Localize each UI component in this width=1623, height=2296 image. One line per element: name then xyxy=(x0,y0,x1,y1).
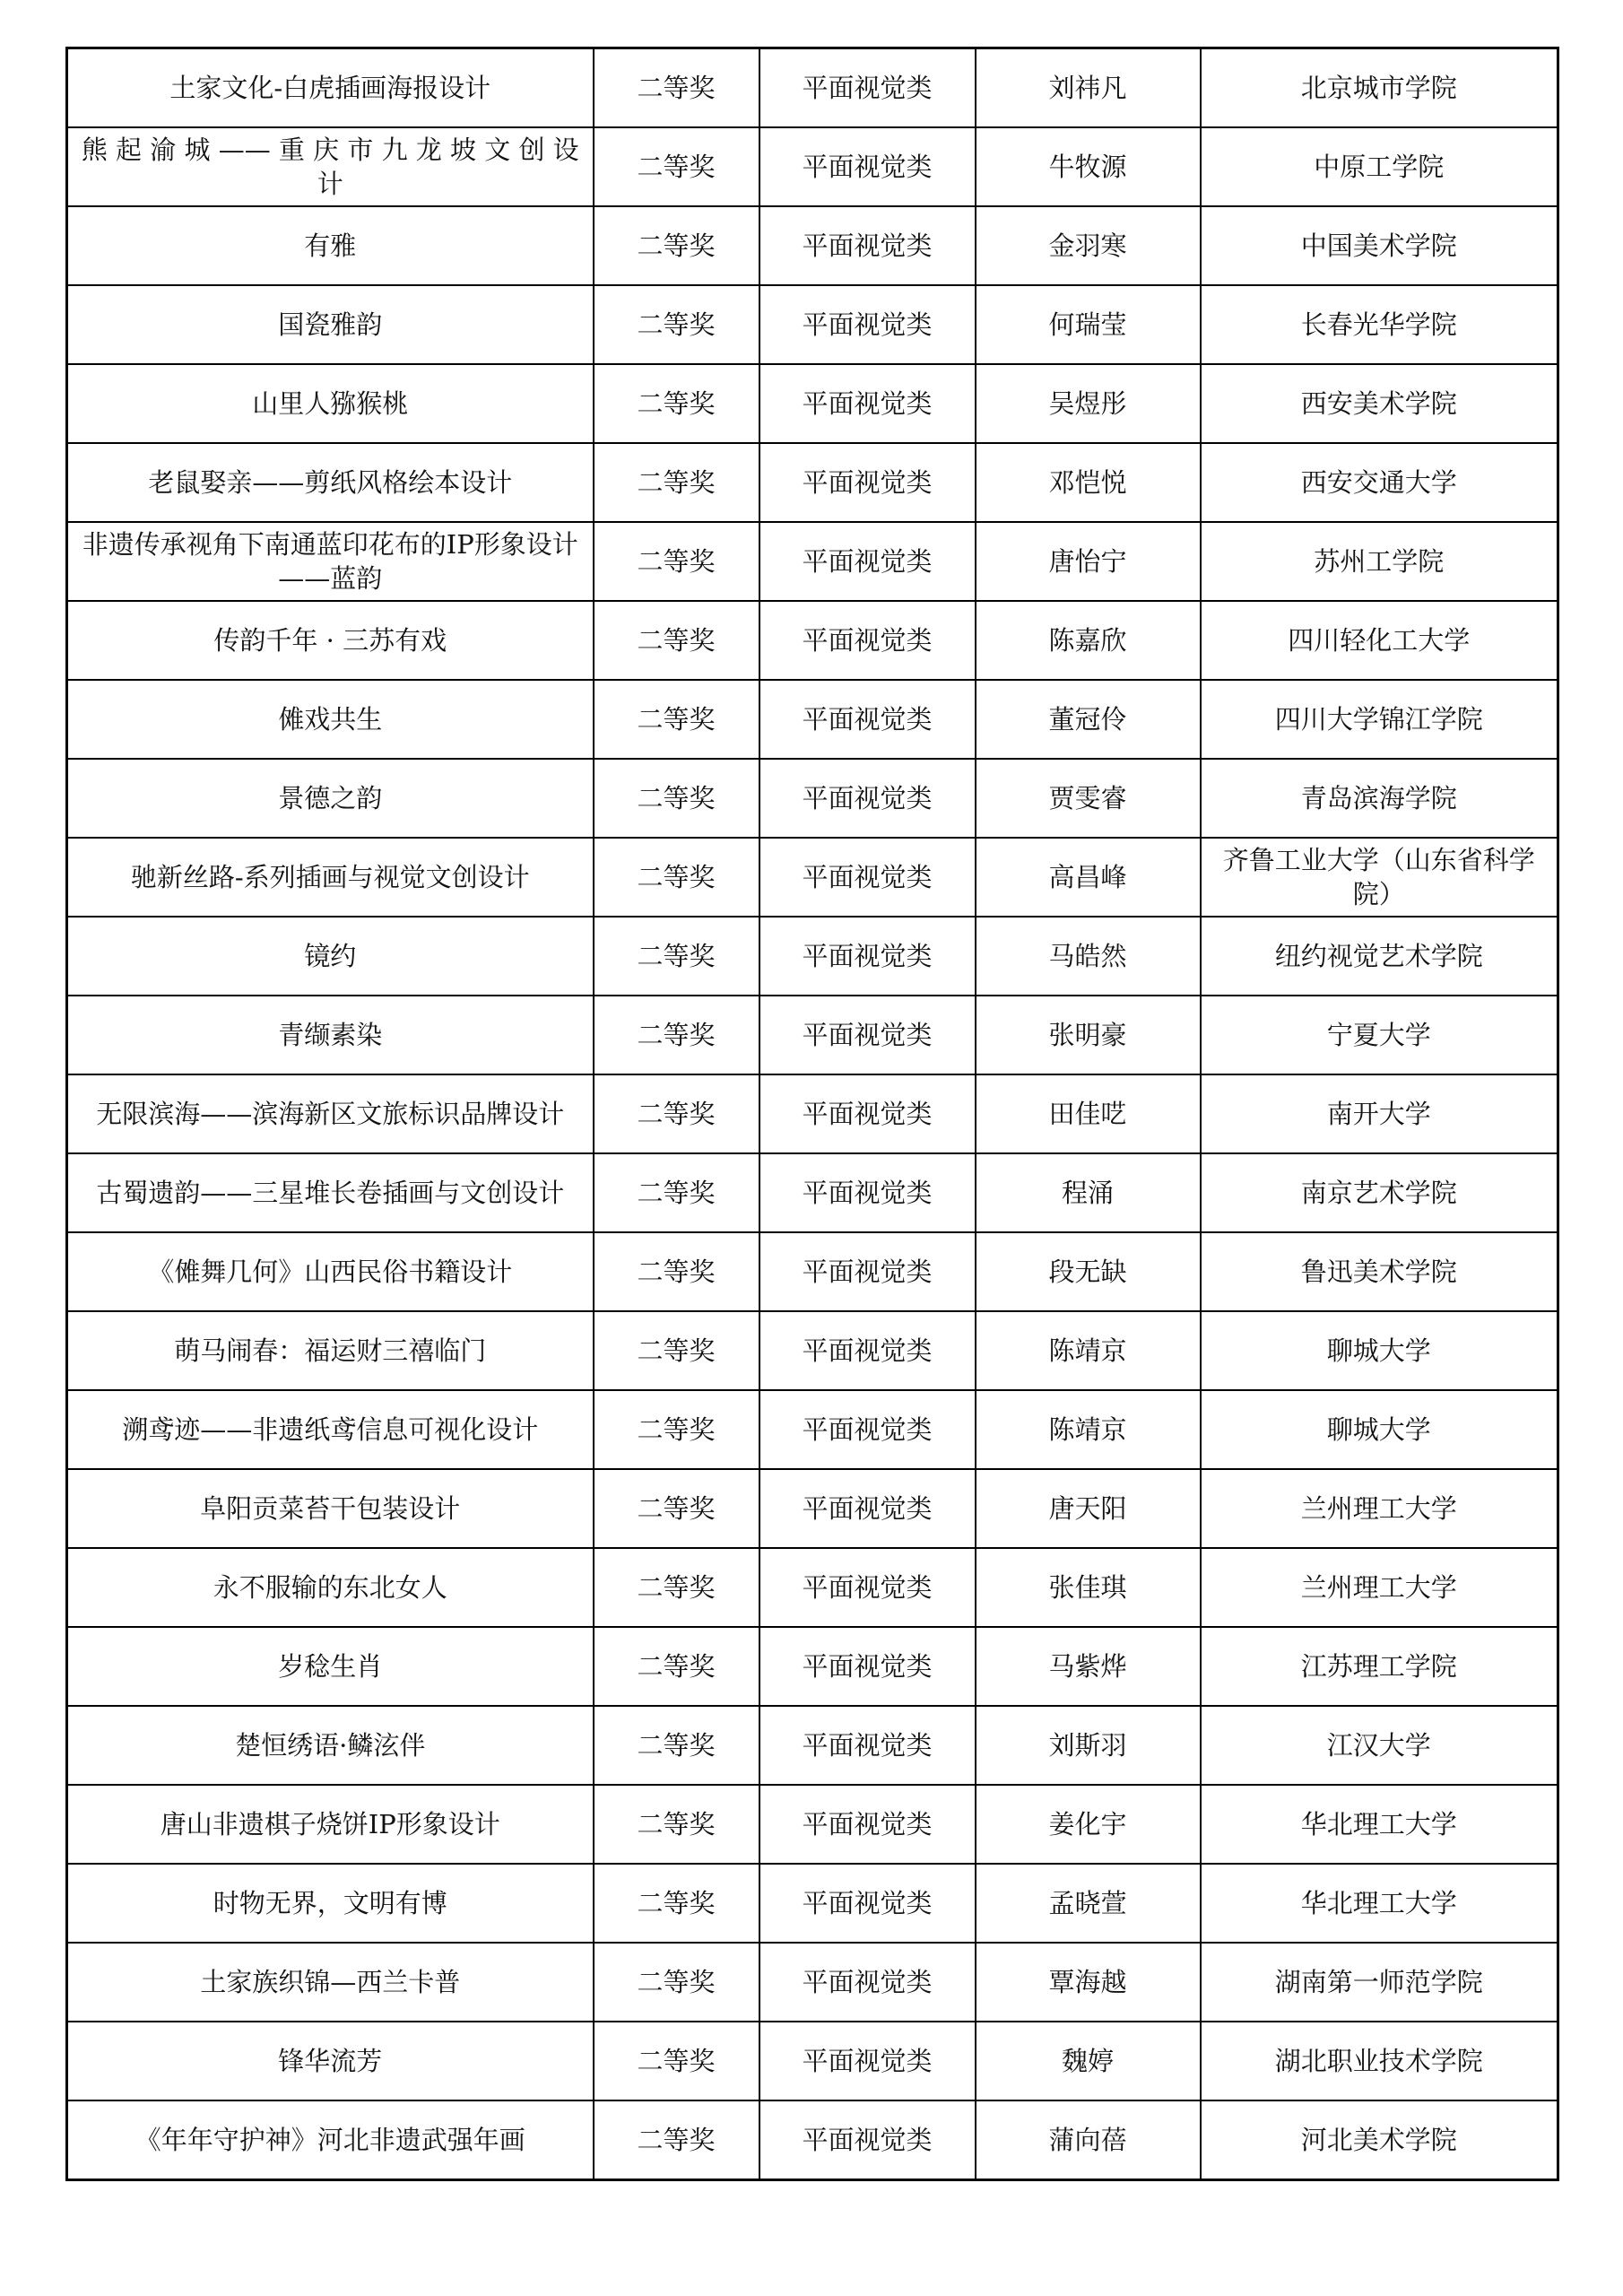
school-cell: 纽约视觉艺术学院 xyxy=(1201,917,1558,996)
school-cell: 西安交通大学 xyxy=(1201,443,1558,522)
work-title-cell: 镜约 xyxy=(67,917,594,996)
work-title-cell: 有雅 xyxy=(67,206,594,285)
category-cell: 平面视觉类 xyxy=(759,1074,976,1153)
table-row: 景德之韵 二等奖 平面视觉类 贾雯睿 青岛滨海学院 xyxy=(67,759,1558,838)
category-cell: 平面视觉类 xyxy=(759,364,976,443)
author-cell: 金羽寒 xyxy=(976,206,1201,285)
award-cell: 二等奖 xyxy=(594,127,759,206)
table-row: 镜约 二等奖 平面视觉类 马皓然 纽约视觉艺术学院 xyxy=(67,917,1558,996)
author-cell: 孟晓萱 xyxy=(976,1864,1201,1943)
author-cell: 张明豪 xyxy=(976,996,1201,1074)
category-cell: 平面视觉类 xyxy=(759,1311,976,1390)
work-title-cell: 溯鸢迹——非遗纸鸢信息可视化设计 xyxy=(67,1390,594,1469)
award-cell: 二等奖 xyxy=(594,601,759,680)
category-cell: 平面视觉类 xyxy=(759,1943,976,2022)
category-cell: 平面视觉类 xyxy=(759,1232,976,1311)
table-row: 阜阳贡菜苔干包装设计 二等奖 平面视觉类 唐天阳 兰州理工大学 xyxy=(67,1469,1558,1548)
category-cell: 平面视觉类 xyxy=(759,680,976,759)
work-title-cell: 熊 起 渝 城 —— 重 庆 市 九 龙 坡 文 创 设 计 xyxy=(67,127,594,206)
award-cell: 二等奖 xyxy=(594,1785,759,1864)
award-cell: 二等奖 xyxy=(594,1153,759,1232)
school-cell: 兰州理工大学 xyxy=(1201,1548,1558,1627)
work-title-cell: 《年年守护神》河北非遗武强年画 xyxy=(67,2100,594,2180)
work-title-cell: 土家族织锦—西兰卡普 xyxy=(67,1943,594,2022)
table-row: 傩戏共生 二等奖 平面视觉类 董冠伶 四川大学锦江学院 xyxy=(67,680,1558,759)
school-cell: 江汉大学 xyxy=(1201,1706,1558,1785)
table-row: 国瓷雅韵 二等奖 平面视觉类 何瑞莹 长春光华学院 xyxy=(67,285,1558,364)
work-title-cell: 土家文化-白虎插画海报设计 xyxy=(67,48,594,128)
table-row: 熊 起 渝 城 —— 重 庆 市 九 龙 坡 文 创 设 计 二等奖 平面视觉类… xyxy=(67,127,1558,206)
table-row: 传韵千年 · 三苏有戏 二等奖 平面视觉类 陈嘉欣 四川轻化工大学 xyxy=(67,601,1558,680)
work-title-cell: 楚恒绣语·鳞泫伴 xyxy=(67,1706,594,1785)
table-row: 楚恒绣语·鳞泫伴 二等奖 平面视觉类 刘斯羽 江汉大学 xyxy=(67,1706,1558,1785)
award-cell: 二等奖 xyxy=(594,1469,759,1548)
award-cell: 二等奖 xyxy=(594,1548,759,1627)
award-cell: 二等奖 xyxy=(594,364,759,443)
author-cell: 马紫烨 xyxy=(976,1627,1201,1706)
table-row: 锋华流芳 二等奖 平面视觉类 魏婷 湖北职业技术学院 xyxy=(67,2022,1558,2100)
work-title-cell: 岁稔生肖 xyxy=(67,1627,594,1706)
award-cell: 二等奖 xyxy=(594,1074,759,1153)
category-cell: 平面视觉类 xyxy=(759,1469,976,1548)
table-row: 永不服输的东北女人 二等奖 平面视觉类 张佳琪 兰州理工大学 xyxy=(67,1548,1558,1627)
award-cell: 二等奖 xyxy=(594,522,759,601)
school-cell: 四川大学锦江学院 xyxy=(1201,680,1558,759)
award-cell: 二等奖 xyxy=(594,1706,759,1785)
work-title-cell: 无限滨海——滨海新区文旅标识品牌设计 xyxy=(67,1074,594,1153)
work-title-cell: 萌马闹春：福运财三禧临门 xyxy=(67,1311,594,1390)
author-cell: 唐天阳 xyxy=(976,1469,1201,1548)
work-title-cell: 非遗传承视角下南通蓝印花布的IP形象设计——蓝韵 xyxy=(67,522,594,601)
school-cell: 江苏理工学院 xyxy=(1201,1627,1558,1706)
school-cell: 聊城大学 xyxy=(1201,1311,1558,1390)
school-cell: 河北美术学院 xyxy=(1201,2100,1558,2180)
table-row: 非遗传承视角下南通蓝印花布的IP形象设计——蓝韵 二等奖 平面视觉类 唐怡宁 苏… xyxy=(67,522,1558,601)
award-cell: 二等奖 xyxy=(594,443,759,522)
author-cell: 董冠伶 xyxy=(976,680,1201,759)
category-cell: 平面视觉类 xyxy=(759,522,976,601)
category-cell: 平面视觉类 xyxy=(759,601,976,680)
award-cell: 二等奖 xyxy=(594,2022,759,2100)
category-cell: 平面视觉类 xyxy=(759,1785,976,1864)
school-cell: 湖南第一师范学院 xyxy=(1201,1943,1558,2022)
author-cell: 高昌峰 xyxy=(976,838,1201,917)
school-cell: 鲁迅美术学院 xyxy=(1201,1232,1558,1311)
category-cell: 平面视觉类 xyxy=(759,1627,976,1706)
school-cell: 长春光华学院 xyxy=(1201,285,1558,364)
award-cell: 二等奖 xyxy=(594,1311,759,1390)
table-row: 溯鸢迹——非遗纸鸢信息可视化设计 二等奖 平面视觉类 陈靖京 聊城大学 xyxy=(67,1390,1558,1469)
table-row: 山里人猕猴桃 二等奖 平面视觉类 吴煜彤 西安美术学院 xyxy=(67,364,1558,443)
award-cell: 二等奖 xyxy=(594,917,759,996)
award-cell: 二等奖 xyxy=(594,1943,759,2022)
category-cell: 平面视觉类 xyxy=(759,1706,976,1785)
category-cell: 平面视觉类 xyxy=(759,1390,976,1469)
award-cell: 二等奖 xyxy=(594,1390,759,1469)
award-cell: 二等奖 xyxy=(594,1864,759,1943)
table-row: 有雅 二等奖 平面视觉类 金羽寒 中国美术学院 xyxy=(67,206,1558,285)
category-cell: 平面视觉类 xyxy=(759,917,976,996)
work-title-cell: 傩戏共生 xyxy=(67,680,594,759)
table-row: 土家文化-白虎插画海报设计 二等奖 平面视觉类 刘祎凡 北京城市学院 xyxy=(67,48,1558,128)
award-cell: 二等奖 xyxy=(594,2100,759,2180)
table-row: 青缬素染 二等奖 平面视觉类 张明豪 宁夏大学 xyxy=(67,996,1558,1074)
author-cell: 陈靖京 xyxy=(976,1311,1201,1390)
author-cell: 何瑞莹 xyxy=(976,285,1201,364)
work-title-cell: 山里人猕猴桃 xyxy=(67,364,594,443)
table-body: 土家文化-白虎插画海报设计 二等奖 平面视觉类 刘祎凡 北京城市学院 熊 起 渝… xyxy=(67,48,1558,2180)
author-cell: 贾雯睿 xyxy=(976,759,1201,838)
school-cell: 华北理工大学 xyxy=(1201,1785,1558,1864)
author-cell: 马皓然 xyxy=(976,917,1201,996)
table-row: 唐山非遗棋子烧饼IP形象设计 二等奖 平面视觉类 姜化宇 华北理工大学 xyxy=(67,1785,1558,1864)
work-title-cell: 古蜀遗韵——三星堆长卷插画与文创设计 xyxy=(67,1153,594,1232)
award-cell: 二等奖 xyxy=(594,1232,759,1311)
author-cell: 田佳呓 xyxy=(976,1074,1201,1153)
award-cell: 二等奖 xyxy=(594,206,759,285)
category-cell: 平面视觉类 xyxy=(759,1548,976,1627)
award-cell: 二等奖 xyxy=(594,285,759,364)
author-cell: 陈嘉欣 xyxy=(976,601,1201,680)
work-title-cell: 驰新丝路-系列插画与视觉文创设计 xyxy=(67,838,594,917)
school-cell: 华北理工大学 xyxy=(1201,1864,1558,1943)
award-cell: 二等奖 xyxy=(594,996,759,1074)
author-cell: 张佳琪 xyxy=(976,1548,1201,1627)
school-cell: 中国美术学院 xyxy=(1201,206,1558,285)
work-title-cell: 青缬素染 xyxy=(67,996,594,1074)
award-cell: 二等奖 xyxy=(594,48,759,128)
category-cell: 平面视觉类 xyxy=(759,1153,976,1232)
work-title-cell: 时物无界，文明有博 xyxy=(67,1864,594,1943)
award-cell: 二等奖 xyxy=(594,759,759,838)
school-cell: 北京城市学院 xyxy=(1201,48,1558,128)
author-cell: 刘祎凡 xyxy=(976,48,1201,128)
work-title-cell: 景德之韵 xyxy=(67,759,594,838)
table-row: 无限滨海——滨海新区文旅标识品牌设计 二等奖 平面视觉类 田佳呓 南开大学 xyxy=(67,1074,1558,1153)
award-cell: 二等奖 xyxy=(594,838,759,917)
work-title-cell: 老鼠娶亲——剪纸风格绘本设计 xyxy=(67,443,594,522)
school-cell: 聊城大学 xyxy=(1201,1390,1558,1469)
author-cell: 吴煜彤 xyxy=(976,364,1201,443)
table-row: 岁稔生肖 二等奖 平面视觉类 马紫烨 江苏理工学院 xyxy=(67,1627,1558,1706)
work-title-cell: 传韵千年 · 三苏有戏 xyxy=(67,601,594,680)
school-cell: 四川轻化工大学 xyxy=(1201,601,1558,680)
school-cell: 湖北职业技术学院 xyxy=(1201,2022,1558,2100)
category-cell: 平面视觉类 xyxy=(759,127,976,206)
work-title-cell: 《傩舞几何》山西民俗书籍设计 xyxy=(67,1232,594,1311)
table-row: 古蜀遗韵——三星堆长卷插画与文创设计 二等奖 平面视觉类 程涌 南京艺术学院 xyxy=(67,1153,1558,1232)
author-cell: 段无缺 xyxy=(976,1232,1201,1311)
author-cell: 姜化宇 xyxy=(976,1785,1201,1864)
school-cell: 兰州理工大学 xyxy=(1201,1469,1558,1548)
school-cell: 苏州工学院 xyxy=(1201,522,1558,601)
work-title-cell: 国瓷雅韵 xyxy=(67,285,594,364)
table-row: 时物无界，文明有博 二等奖 平面视觉类 孟晓萱 华北理工大学 xyxy=(67,1864,1558,1943)
author-cell: 唐怡宁 xyxy=(976,522,1201,601)
author-cell: 邓恺悦 xyxy=(976,443,1201,522)
category-cell: 平面视觉类 xyxy=(759,996,976,1074)
school-cell: 南开大学 xyxy=(1201,1074,1558,1153)
category-cell: 平面视觉类 xyxy=(759,285,976,364)
school-cell: 中原工学院 xyxy=(1201,127,1558,206)
category-cell: 平面视觉类 xyxy=(759,2022,976,2100)
author-cell: 魏婷 xyxy=(976,2022,1201,2100)
category-cell: 平面视觉类 xyxy=(759,1864,976,1943)
school-cell: 齐鲁工业大学（山东省科学院） xyxy=(1201,838,1558,917)
school-cell: 宁夏大学 xyxy=(1201,996,1558,1074)
school-cell: 西安美术学院 xyxy=(1201,364,1558,443)
table-row: 萌马闹春：福运财三禧临门 二等奖 平面视觉类 陈靖京 聊城大学 xyxy=(67,1311,1558,1390)
author-cell: 陈靖京 xyxy=(976,1390,1201,1469)
table-row: 土家族织锦—西兰卡普 二等奖 平面视觉类 覃海越 湖南第一师范学院 xyxy=(67,1943,1558,2022)
work-title-cell: 阜阳贡菜苔干包装设计 xyxy=(67,1469,594,1548)
award-cell: 二等奖 xyxy=(594,680,759,759)
author-cell: 程涌 xyxy=(976,1153,1201,1232)
author-cell: 蒲向蓓 xyxy=(976,2100,1201,2180)
award-cell: 二等奖 xyxy=(594,1627,759,1706)
category-cell: 平面视觉类 xyxy=(759,759,976,838)
table-row: 老鼠娶亲——剪纸风格绘本设计 二等奖 平面视觉类 邓恺悦 西安交通大学 xyxy=(67,443,1558,522)
school-cell: 南京艺术学院 xyxy=(1201,1153,1558,1232)
author-cell: 刘斯羽 xyxy=(976,1706,1201,1785)
table-row: 《傩舞几何》山西民俗书籍设计 二等奖 平面视觉类 段无缺 鲁迅美术学院 xyxy=(67,1232,1558,1311)
category-cell: 平面视觉类 xyxy=(759,838,976,917)
school-cell: 青岛滨海学院 xyxy=(1201,759,1558,838)
category-cell: 平面视觉类 xyxy=(759,443,976,522)
table-row: 《年年守护神》河北非遗武强年画 二等奖 平面视觉类 蒲向蓓 河北美术学院 xyxy=(67,2100,1558,2180)
category-cell: 平面视觉类 xyxy=(759,48,976,128)
author-cell: 覃海越 xyxy=(976,1943,1201,2022)
table-row: 驰新丝路-系列插画与视觉文创设计 二等奖 平面视觉类 高昌峰 齐鲁工业大学（山东… xyxy=(67,838,1558,917)
work-title-cell: 锋华流芳 xyxy=(67,2022,594,2100)
author-cell: 牛牧源 xyxy=(976,127,1201,206)
work-title-cell: 永不服输的东北女人 xyxy=(67,1548,594,1627)
award-table: 土家文化-白虎插画海报设计 二等奖 平面视觉类 刘祎凡 北京城市学院 熊 起 渝… xyxy=(65,47,1559,2181)
work-title-cell: 唐山非遗棋子烧饼IP形象设计 xyxy=(67,1785,594,1864)
category-cell: 平面视觉类 xyxy=(759,2100,976,2180)
category-cell: 平面视觉类 xyxy=(759,206,976,285)
